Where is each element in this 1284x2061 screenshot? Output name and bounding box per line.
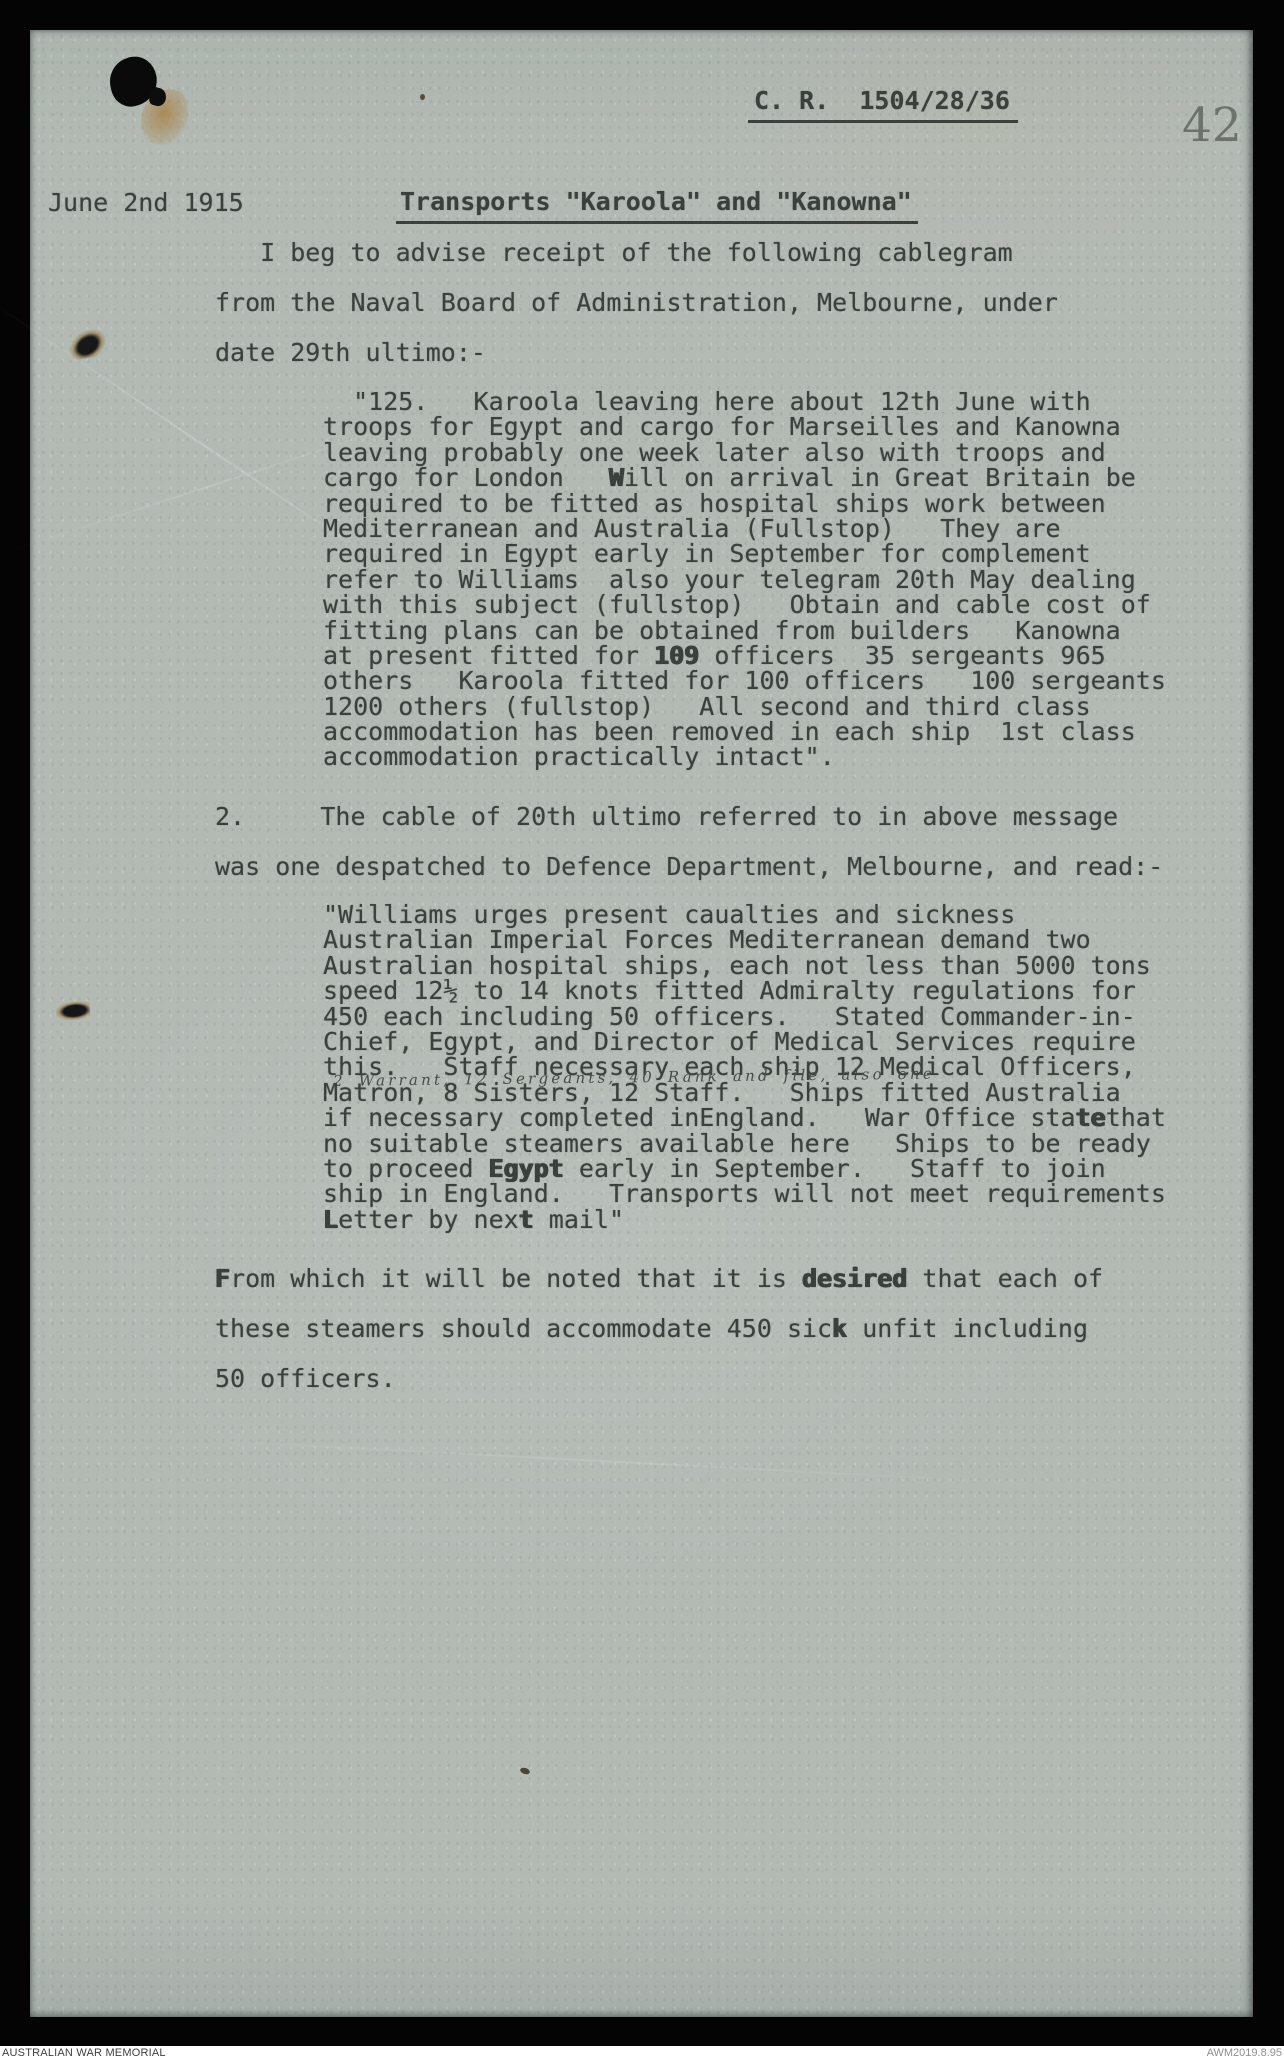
footer-bar: AUSTRALIAN WAR MEMORIAL AWM2019.8.95 — [0, 2046, 1284, 2061]
punch-hole — [106, 53, 161, 109]
paragraph-intro: I beg to advise receipt of the following… — [215, 228, 1058, 378]
text-line: required in Egypt early in September for… — [323, 541, 1166, 566]
text-line: From which it will be noted that it is d… — [215, 1254, 1103, 1304]
text-line: troops for Egypt and cargo for Marseille… — [323, 414, 1166, 439]
page-number-stamp: 42 — [1182, 102, 1242, 149]
text-line: fitting plans can be obtained from build… — [323, 618, 1166, 643]
text-line: I beg to advise receipt of the following… — [215, 228, 1058, 278]
text-line: 2. The cable of 20th ultimo referred to … — [215, 792, 1163, 842]
text-line: speed 12½ to 14 knots fitted Admiralty r… — [323, 978, 1166, 1003]
text-line: accommodation has been removed in each s… — [323, 719, 1166, 744]
text-line: Letter by next mail" — [323, 1207, 1166, 1232]
text-line: cargo for London Will on arrival in Grea… — [323, 465, 1166, 490]
paragraph-two: 2. The cable of 20th ultimo referred to … — [215, 792, 1163, 892]
black-scan-frame: C. R. 1504/28/36 42 June 2nd 1915 Transp… — [0, 0, 1284, 2061]
text-line: date 29th ultimo:- — [215, 328, 1058, 378]
date-line: June 2nd 1915 — [48, 188, 244, 217]
paper-crease — [151, 1436, 1050, 1485]
text-line: to proceed Egypt early in September. Sta… — [323, 1156, 1166, 1181]
footer-accession: AWM2019.8.95 — [1207, 2046, 1284, 2061]
text-line: no suitable steamers available here Ship… — [323, 1131, 1166, 1156]
text-line: Chief, Egypt, and Director of Medical Se… — [323, 1029, 1166, 1054]
text-line: Mediterranean and Australia (Fullstop) T… — [323, 516, 1166, 541]
text-line: "125. Karoola leaving here about 12th Ju… — [323, 389, 1166, 414]
text-line: Australian Imperial Forces Mediterranean… — [323, 927, 1166, 952]
text-line: at present fitted for 109 officers 35 se… — [323, 643, 1166, 668]
text-line: 1200 others (fullstop) All second and th… — [323, 694, 1166, 719]
text-line: if necessary completed inEngland. War Of… — [323, 1105, 1166, 1130]
text-line: ship in England. Transports will not mee… — [323, 1181, 1166, 1206]
paragraph-closing: From which it will be noted that it is d… — [215, 1254, 1103, 1404]
ink-speck — [420, 94, 425, 100]
text-line: was one despatched to Defence Department… — [215, 842, 1163, 892]
text-line: refer to Williams also your telegram 20t… — [323, 567, 1166, 592]
edge-tear — [68, 327, 109, 361]
text-line: "Williams urges present caualties and si… — [323, 902, 1166, 927]
text-line: from the Naval Board of Administration, … — [215, 278, 1058, 328]
archival-scan: { "frame": { "footer_left": "AUSTRALIAN … — [0, 0, 1284, 2061]
text-line: 450 each including 50 officers. Stated C… — [323, 1004, 1166, 1029]
footer-institution: AUSTRALIAN WAR MEMORIAL — [0, 2046, 166, 2061]
text-line: accommodation practically intact". — [323, 744, 1166, 769]
reference-number: C. R. 1504/28/36 — [748, 86, 1018, 123]
text-line: with this subject (fullstop) Obtain and … — [323, 592, 1166, 617]
document-title: Transports "Karoola" and "Kanowna" — [396, 187, 918, 224]
cablegram-quote: "125. Karoola leaving here about 12th Ju… — [323, 389, 1166, 770]
text-line: Australian hospital ships, each not less… — [323, 953, 1166, 978]
text-line: others Karoola fitted for 100 officers 1… — [323, 668, 1166, 693]
edge-tear — [55, 1000, 91, 1021]
text-line: required to be fitted as hospital ships … — [323, 491, 1166, 516]
text-line: these steamers should accommodate 450 si… — [215, 1304, 1103, 1354]
text-line: 50 officers. — [215, 1354, 1103, 1404]
text-line: leaving probably one week later also wit… — [323, 440, 1166, 465]
document-page: C. R. 1504/28/36 42 June 2nd 1915 Transp… — [30, 30, 1253, 2017]
ink-speck — [519, 1767, 530, 1776]
